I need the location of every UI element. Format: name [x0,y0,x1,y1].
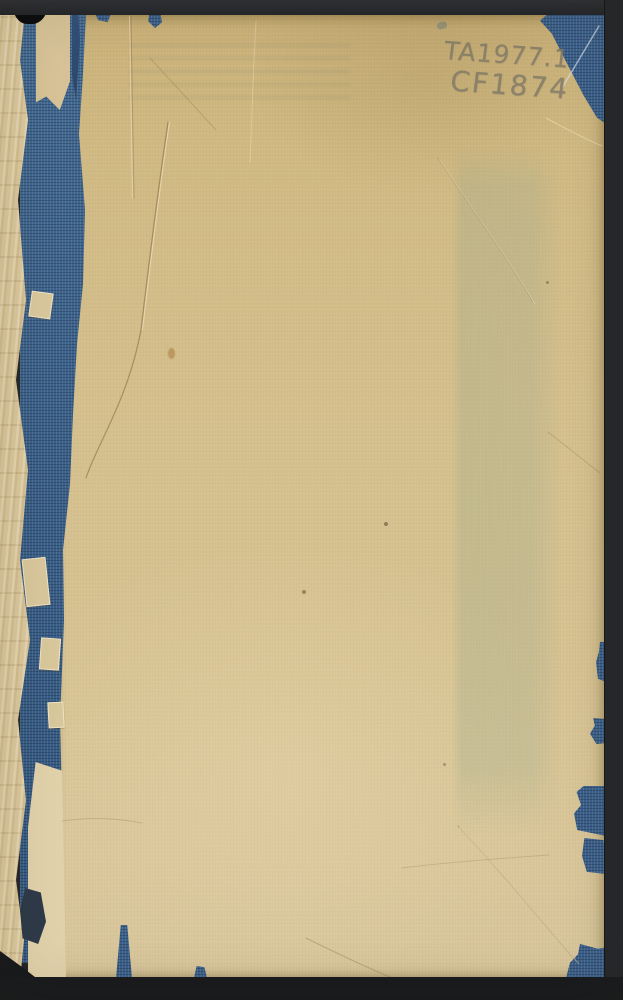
stain-spot [546,281,549,284]
paper-flake [47,702,64,729]
green-discoloration-band [452,146,562,836]
paper-flake [22,557,51,607]
shelfmark-annotation: TA1977.1 CF1874 [439,37,596,106]
cloth-reveal-right-edge [574,786,606,836]
paper-flake [39,637,61,670]
stain-spot [384,522,388,526]
board-bottom-edge [0,977,623,1000]
board-right-edge [604,0,623,1000]
paper-flake [28,291,53,320]
stain-spot [302,590,306,594]
board-top-edge [0,0,623,15]
ghost-impression [128,42,350,100]
book-endpaper-scan: TA1977.1 CF1874 [0,0,623,1000]
stain-spot [443,763,446,766]
stain-spot [168,348,175,359]
torn-strip-lower [28,762,66,980]
